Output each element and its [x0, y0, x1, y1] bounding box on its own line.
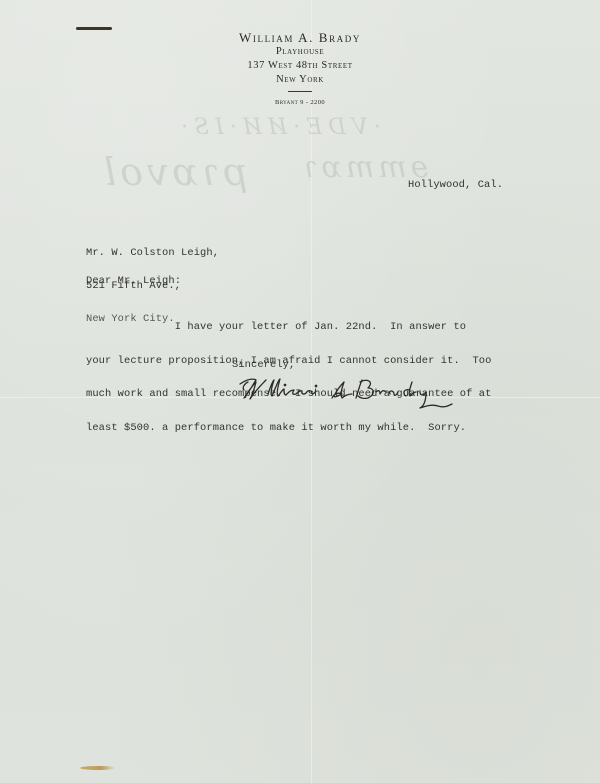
rust-stain-icon — [80, 766, 116, 770]
dateline: Hollywood, Cal. — [408, 180, 503, 191]
letterhead-divider — [288, 91, 312, 92]
salutation: Dear Mr. Leigh: — [86, 276, 181, 287]
letterhead-phone: Bryant 9 - 2200 — [200, 99, 400, 106]
letterhead: William A. Brady Playhouse 137 West 48th… — [200, 30, 400, 106]
body-line: I have your letter of Jan. 22nd. In answ… — [86, 322, 491, 334]
letterhead-city: New York — [200, 73, 400, 87]
letterhead-street: 137 West 48th Street — [200, 59, 400, 73]
recipient-name: Mr. W. Colston Leigh, — [86, 248, 219, 259]
body-line: least $500. a performance to make it wor… — [86, 423, 491, 435]
signature-icon — [234, 372, 474, 418]
letterhead-name: William A. Brady — [200, 30, 400, 45]
letterhead-playhouse: Playhouse — [200, 45, 400, 59]
closing: Sincerely, — [232, 360, 295, 371]
staple-mark-icon — [76, 27, 112, 30]
